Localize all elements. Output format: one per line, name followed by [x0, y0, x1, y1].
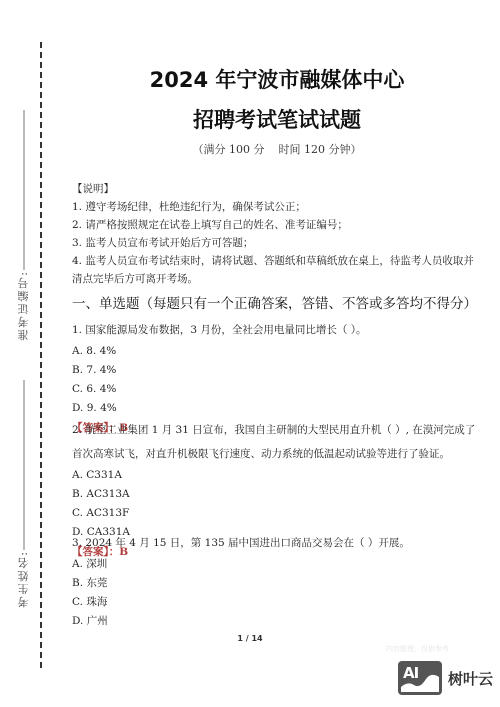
page-title: 2024 年宁波市融媒体中心: [72, 64, 482, 94]
exam-id-label: 准考证编号:: [16, 270, 32, 341]
option-c: C. 珠海: [72, 593, 482, 612]
ai-mountain-icon: AI: [398, 661, 442, 695]
question-stem: 3. 2024 年 4 月 15 日，第 135 届中国进出口商品交易会在（ ）…: [72, 531, 482, 555]
section-heading: 一、单选题（每题只有一个正确答案，答错、不答或多答均不得分）: [72, 292, 477, 312]
option-b: B. AC313A: [72, 485, 482, 504]
question-stem: 1. 国家能源局发布数据，3 月份，全社会用电量同比增长（ ）。: [72, 318, 482, 342]
instruction-item: 3. 监考人员宣布考试开始后方可答题；: [72, 234, 482, 252]
option-d: D. 广州: [72, 612, 482, 631]
exam-id-field: 准考证编号:: [14, 110, 34, 341]
instruction-item: 2. 请严格按照规定在试卷上填写自己的姓名、准考证编号；: [72, 216, 482, 234]
option-b: B. 东莞: [72, 574, 482, 593]
option-d: D. 9. 4%: [72, 399, 482, 418]
binding-dashed-line: [40, 42, 42, 668]
option-b: B. 7. 4%: [72, 361, 482, 380]
option-a: A. 8. 4%: [72, 342, 482, 361]
question-3: 3. 2024 年 4 月 15 日，第 135 届中国进出口商品交易会在（ ）…: [72, 531, 482, 631]
mountain-icon: [398, 661, 442, 695]
option-a: A. C331A: [72, 466, 482, 485]
score-time-info: （满分 100 分 时间 120 分钟）: [72, 141, 482, 157]
candidate-name-underline: [23, 380, 25, 550]
candidate-name-field: 考生姓名:: [14, 380, 34, 608]
instruction-item: 4. 监考人员宣布考试结束时，请将试题、答题纸和草稿纸放在桌上，待监考人员收取并…: [72, 252, 482, 288]
candidate-name-label: 考生姓名:: [16, 550, 32, 608]
logo-name: 树叶云: [448, 668, 493, 689]
option-a: A. 深圳: [72, 555, 482, 574]
page-subtitle-heading: 招聘考试笔试试题: [72, 104, 482, 134]
question-stem: 2. 航空工业集团 1 月 31 日宣布，我国自主研制的大型民用直升机（ ）, …: [72, 418, 482, 466]
page-indicator: 1 / 14: [0, 634, 500, 643]
exam-id-underline: [23, 110, 25, 270]
instruction-item: 1. 遵守考场纪律，杜绝违纪行为，确保考试公正；: [72, 198, 482, 216]
instructions: 【说明】 1. 遵守考场纪律，杜绝违纪行为，确保考试公正； 2. 请严格按照规定…: [72, 180, 482, 288]
instructions-heading: 【说明】: [72, 180, 482, 198]
brand-logo: AI 树叶云: [398, 661, 493, 695]
watermark-text: 内容整理，仅供参考: [386, 644, 449, 654]
option-c: C. 6. 4%: [72, 380, 482, 399]
option-c: C. AC313F: [72, 504, 482, 523]
